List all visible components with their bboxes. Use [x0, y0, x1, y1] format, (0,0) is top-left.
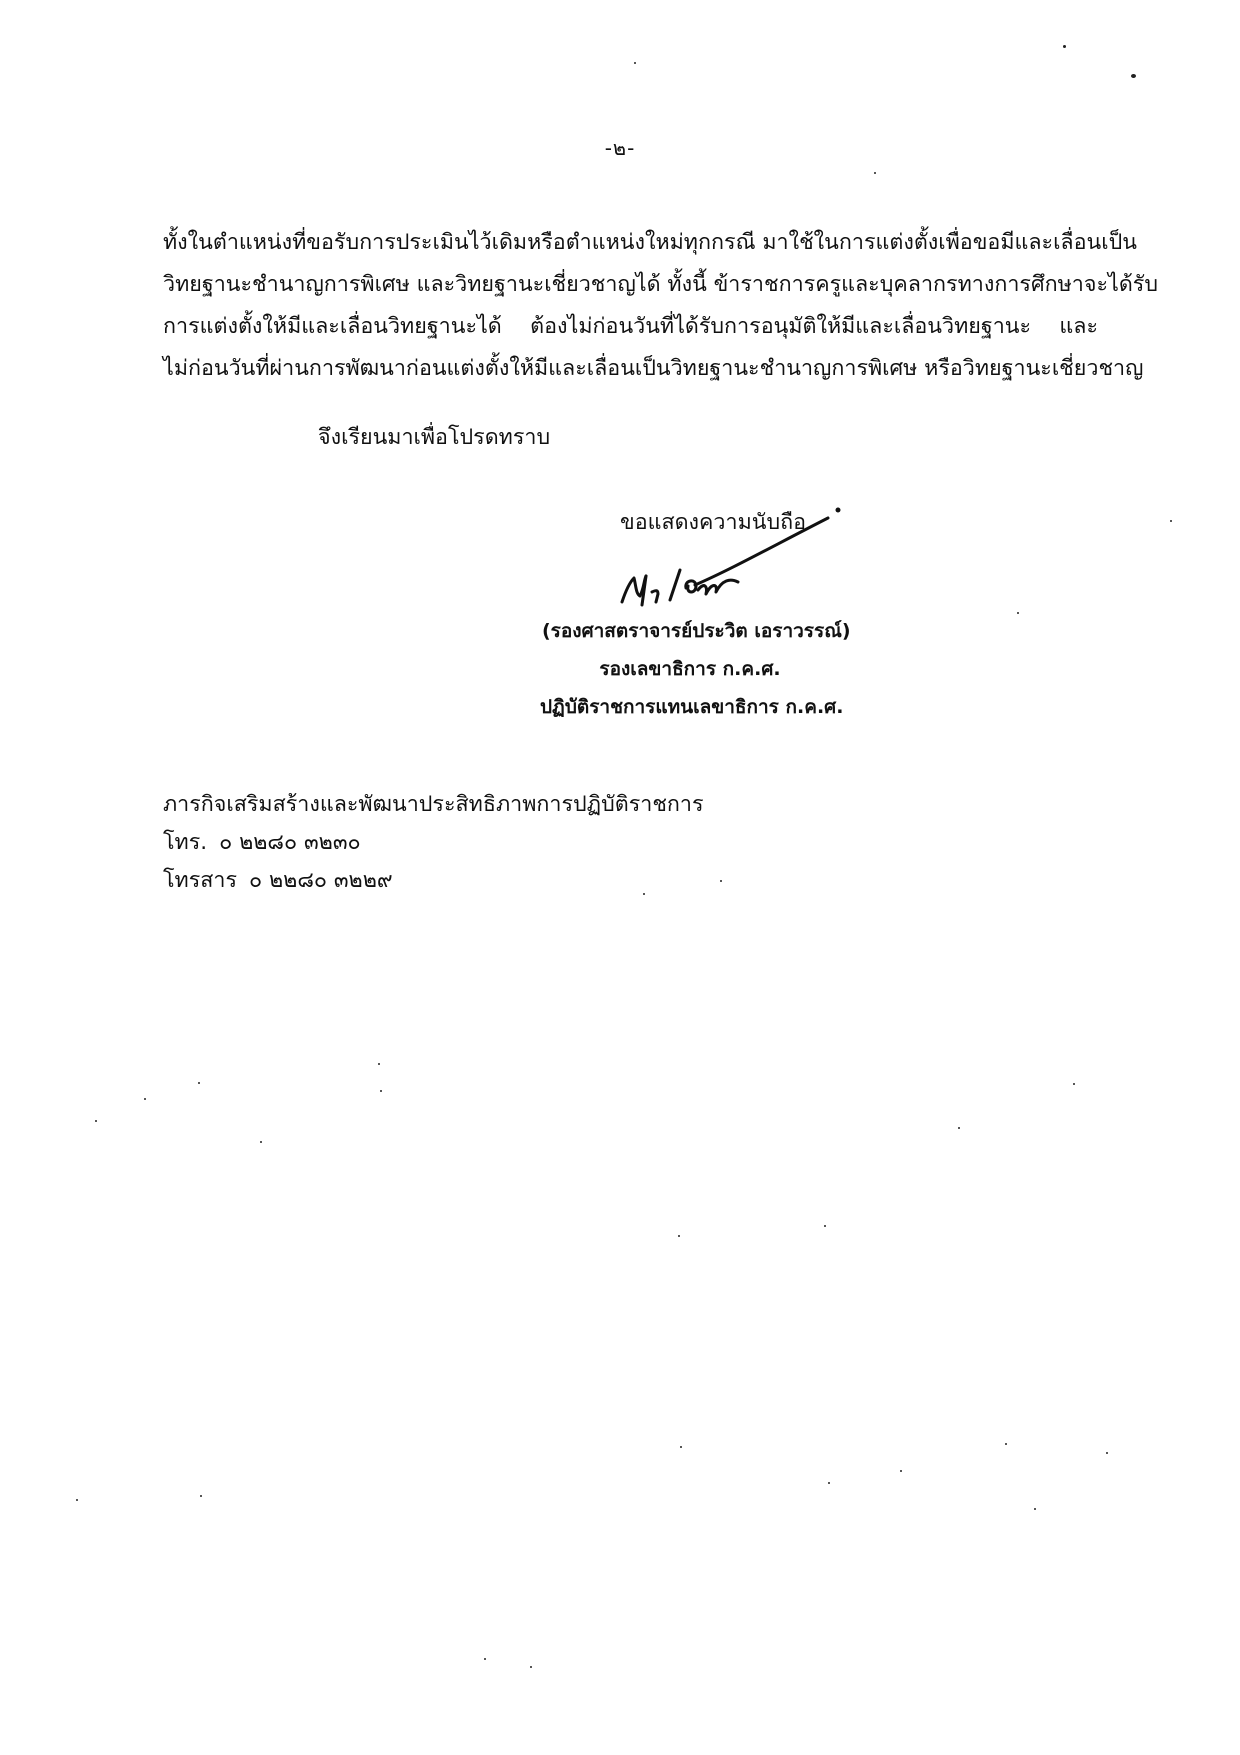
scan-speck	[1005, 1443, 1007, 1445]
closing-statement: จึงเรียนมาเพื่อโปรดทราบ	[318, 420, 550, 454]
signatory-block: (รองศาสตราจารย์ประวิต เอราวรรณ์) รองเลขา…	[540, 612, 840, 726]
signatory-name: (รองศาสตราจารย์ประวิต เอราวรรณ์)	[542, 612, 842, 650]
scan-speck	[530, 1666, 532, 1668]
signatory-title: รองเลขาธิการ ก.ค.ศ.	[540, 650, 840, 688]
scan-speck	[678, 1235, 680, 1237]
scan-speck	[680, 1446, 682, 1448]
phone-label: โทร.	[163, 830, 207, 855]
scan-speck	[1131, 74, 1136, 78]
scan-speck	[958, 1127, 960, 1129]
scan-speck	[380, 1090, 382, 1092]
body-line: วิทยฐานะชำนาญการพิเศษ และวิทยฐานะเชี่ยวช…	[163, 264, 1098, 306]
scan-speck	[1106, 1452, 1108, 1454]
phone-number: ๐ ๒๒๘๐ ๓๒๓๐	[219, 830, 361, 855]
department-name: ภารกิจเสริมสร้างและพัฒนาประสิทธิภาพการปฏ…	[163, 786, 704, 824]
fax-label: โทรสาร	[163, 868, 237, 893]
signatory-acting-title: ปฏิบัติราชการแทนเลขาธิการ ก.ค.ศ.	[540, 688, 840, 726]
scan-speck	[198, 1082, 200, 1084]
document-page: -๒- ทั้งในตำแหน่งที่ขอรับการประเมินไว้เด…	[0, 0, 1240, 1755]
fax-row: โทรสาร๐ ๒๒๘๐ ๓๒๒๙	[163, 862, 704, 900]
scan-speck	[378, 1063, 380, 1065]
scan-speck	[720, 880, 722, 882]
body-line: ทั้งในตำแหน่งที่ขอรับการประเมินไว้เดิมหร…	[163, 222, 1098, 264]
scan-speck	[76, 1499, 78, 1501]
scan-speck	[144, 1098, 146, 1100]
scan-speck	[824, 1225, 826, 1227]
scan-speck	[260, 1141, 262, 1143]
scan-speck	[484, 1658, 486, 1660]
body-line: ไม่ก่อนวันที่ผ่านการพัฒนาก่อนแต่งตั้งให้…	[163, 348, 1098, 390]
body-paragraph: ทั้งในตำแหน่งที่ขอรับการประเมินไว้เดิมหร…	[163, 222, 1098, 390]
scan-speck	[900, 1470, 902, 1472]
page-number: -๒-	[0, 132, 1240, 164]
scan-speck	[95, 1120, 97, 1122]
phone-row: โทร.๐ ๒๒๘๐ ๓๒๓๐	[163, 824, 704, 862]
scan-speck	[1170, 520, 1172, 522]
scan-speck	[634, 62, 636, 64]
scan-speck	[200, 1495, 202, 1497]
scan-speck	[1073, 1083, 1075, 1085]
handwritten-signature-icon	[600, 490, 850, 610]
scan-speck	[1017, 612, 1019, 614]
fax-number: ๐ ๒๒๘๐ ๓๒๒๙	[249, 868, 393, 893]
scan-speck	[1063, 45, 1066, 48]
scan-speck	[1034, 1508, 1036, 1510]
scan-speck	[643, 893, 645, 895]
contact-block: ภารกิจเสริมสร้างและพัฒนาประสิทธิภาพการปฏ…	[163, 786, 704, 900]
scan-speck	[828, 1482, 830, 1484]
body-line: การแต่งตั้งให้มีและเลื่อนวิทยฐานะได้ ต้อ…	[163, 306, 1098, 348]
scan-speck	[874, 172, 876, 174]
